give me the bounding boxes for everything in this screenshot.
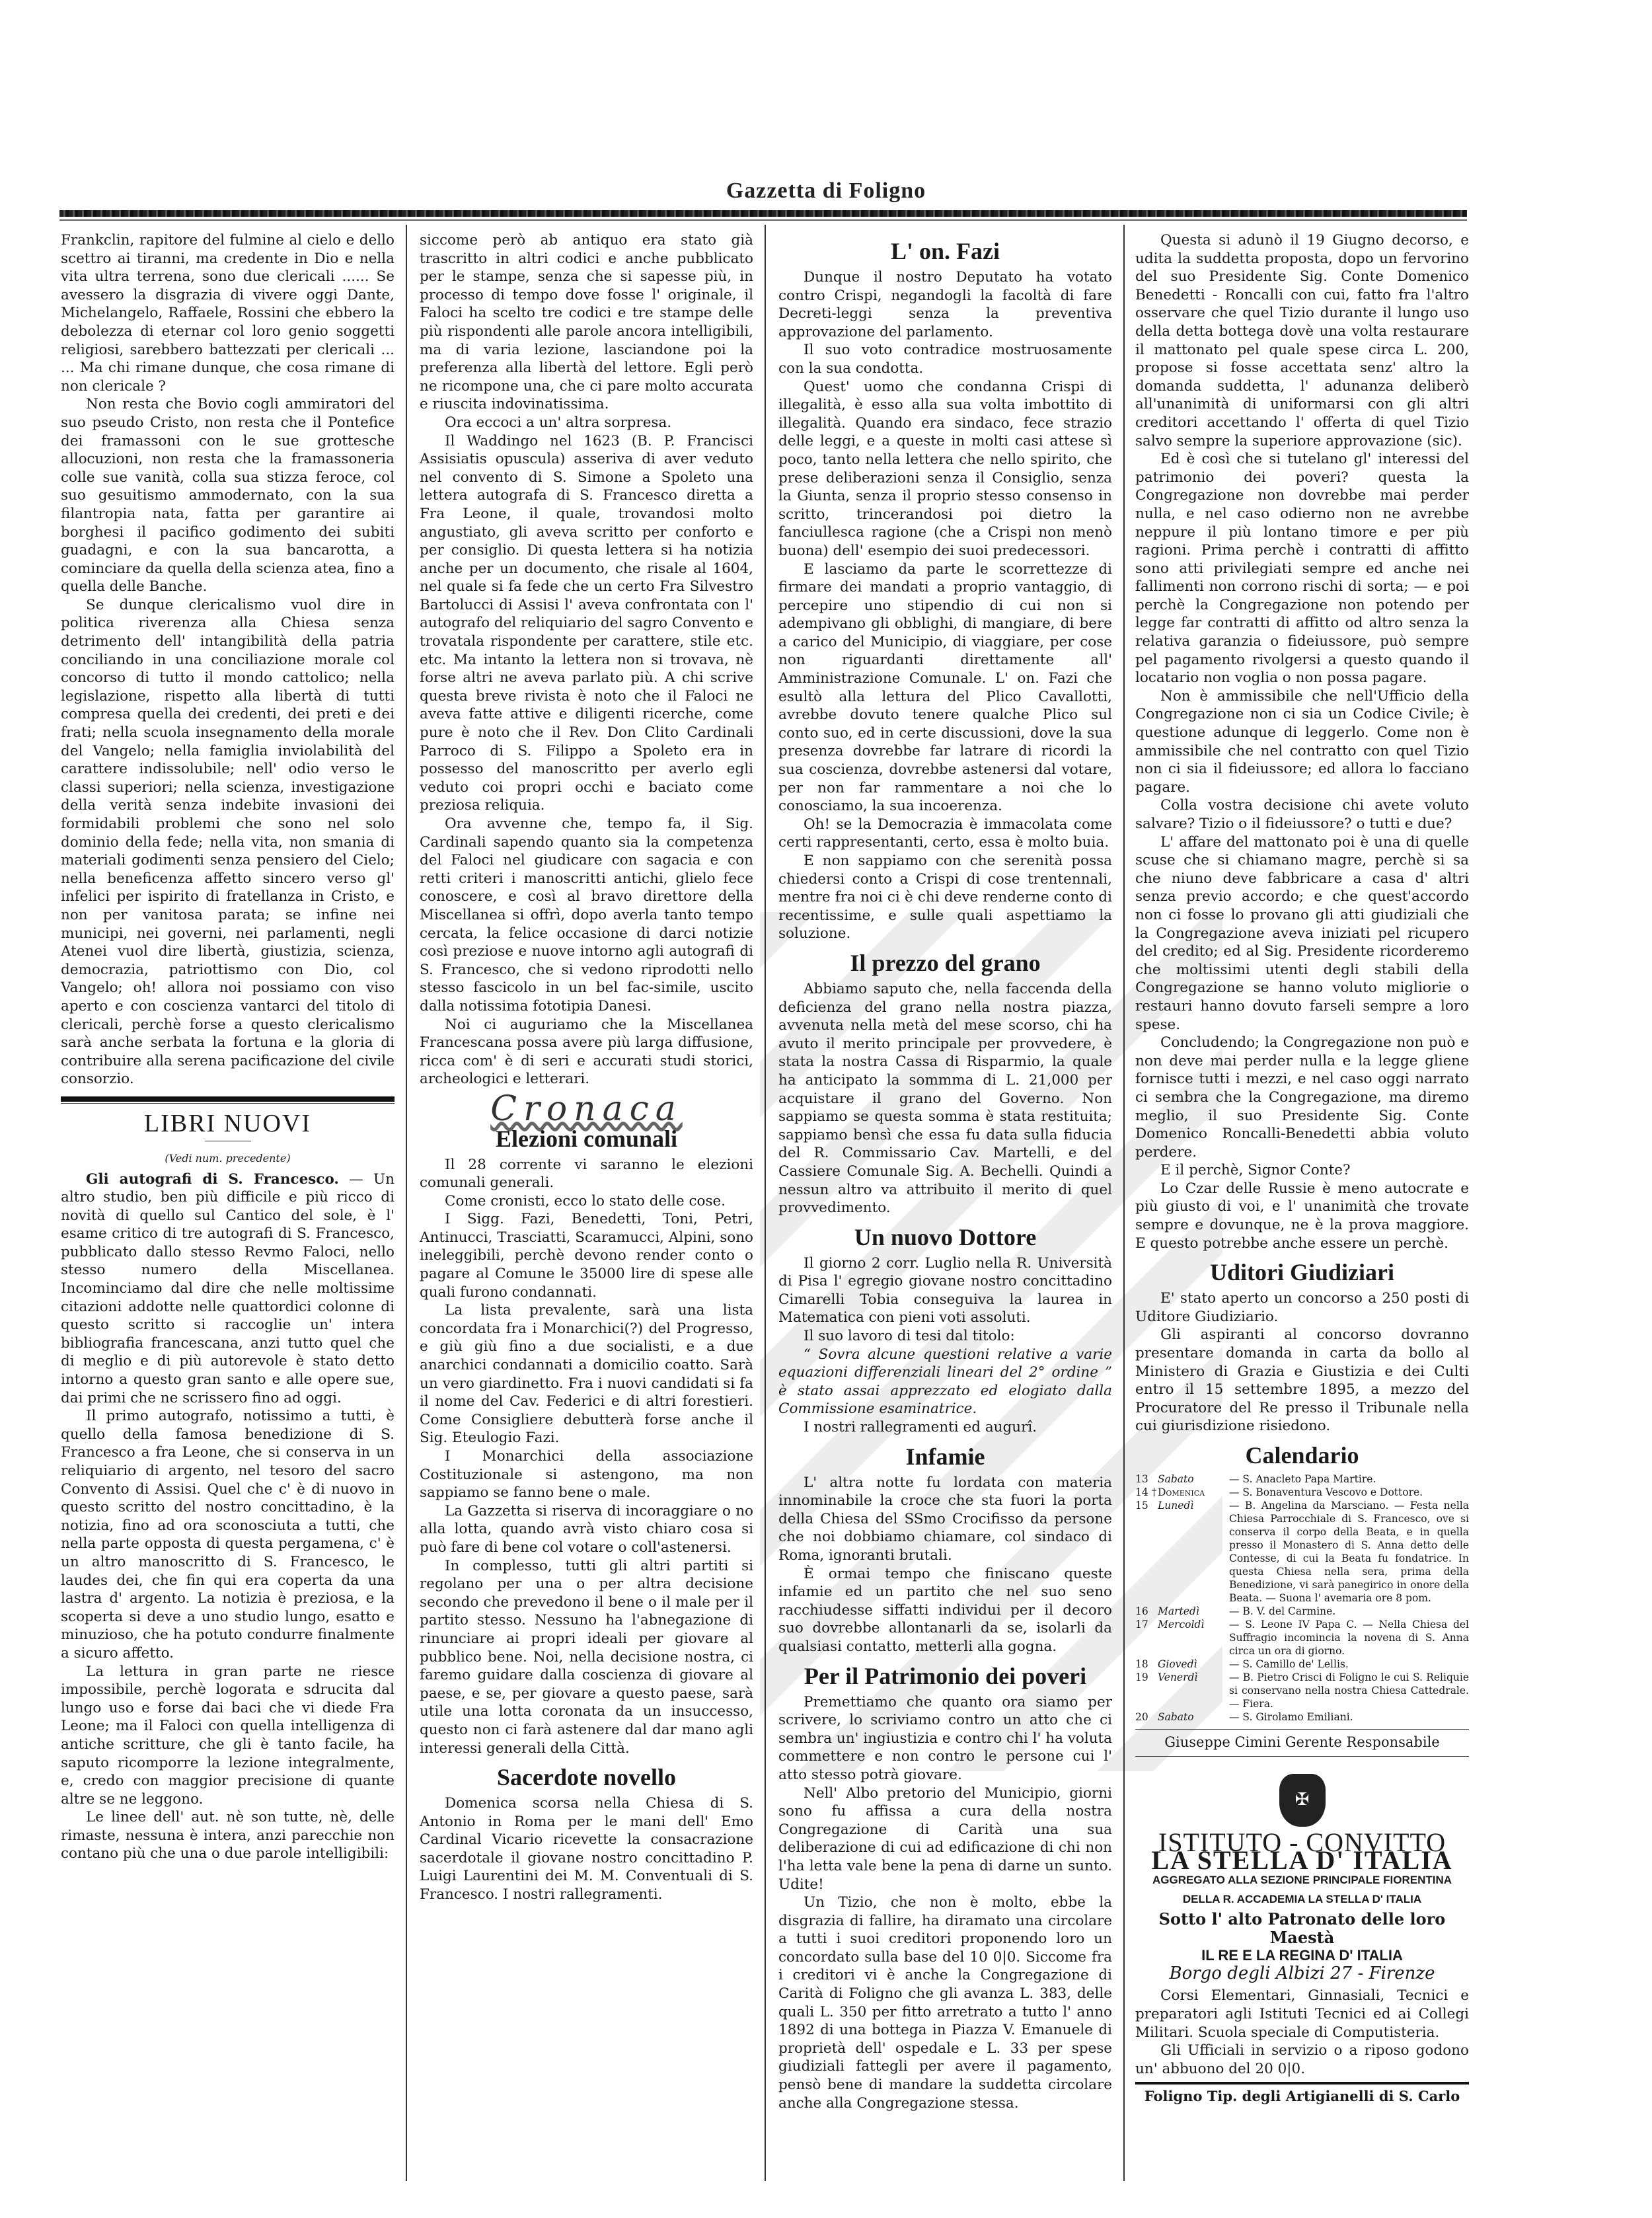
- paragraph: Come cronisti, ecco lo stato delle cose.: [420, 1192, 753, 1211]
- calendar-weekday: Sabato: [1158, 1710, 1229, 1724]
- paragraph: E non sappiamo con che serenità possa ch…: [778, 852, 1112, 943]
- calendar-day: 13: [1135, 1472, 1158, 1486]
- section-heading-sacerdote: Sacerdote novello: [420, 1764, 753, 1790]
- column-divider: [765, 225, 766, 2181]
- paragraph: È ormai tempo che finiscano queste infam…: [778, 1565, 1112, 1656]
- paragraph: Il suo lavoro di tesi dal titolo:: [778, 1327, 1112, 1346]
- advert-patrons: IL RE E LA REGINA D' ITALIA: [1135, 1946, 1469, 1965]
- calendar-day: 18: [1135, 1658, 1158, 1671]
- paragraph: — Un altro studio, ben più difficile e p…: [61, 1171, 394, 1406]
- calendar-weekday: Giovedì: [1158, 1658, 1229, 1671]
- calendar-entry: 14 †Domenica— S. Bonaventura Vescovo e D…: [1135, 1486, 1469, 1499]
- paragraph: siccome però ab antiquo era stato già tr…: [420, 231, 753, 414]
- paragraph: L' altra notte fu lordata con materia in…: [778, 1474, 1112, 1565]
- paragraph: In complesso, tutti gli altri partiti si…: [420, 1557, 753, 1758]
- paragraph: I Sigg. Fazi, Benedetti, Toni, Petri, An…: [420, 1210, 753, 1301]
- column-3: L' on. Fazi Dunque il nostro Deputato ha…: [778, 231, 1112, 2112]
- paragraph: I Monarchici della associazione Costituz…: [420, 1447, 753, 1502]
- calendar-entry: 15Lunedì— B. Angelina da Marsciano. — Fe…: [1135, 1499, 1469, 1605]
- calendar-entry: 13Sabato— S. Anacleto Papa Martire.: [1135, 1472, 1469, 1486]
- paragraph: Le linee dell' aut. nè son tutte, nè, de…: [61, 1808, 394, 1863]
- paragraph: Dunque il nostro Deputato ha votato cont…: [778, 268, 1112, 341]
- paragraph: Se dunque clericalismo vuol dire in poli…: [61, 596, 394, 1089]
- section-heading-calendario: Calendario: [1135, 1442, 1469, 1469]
- calendar-weekday: Domenica: [1158, 1486, 1229, 1499]
- paragraph: Noi ci auguriamo che la Miscellanea Fran…: [420, 1016, 753, 1089]
- paragraph: E il perchè, Signor Conte?: [1135, 1161, 1469, 1180]
- paragraph: Colla vostra decisione chi avete voluto …: [1135, 796, 1469, 833]
- calendar-weekday: Martedì: [1158, 1605, 1229, 1618]
- paragraph: Quest' uomo che condanna Crispi di illeg…: [778, 378, 1112, 560]
- column-4: Questa si adunò il 19 Giugno decorso, e …: [1135, 231, 1469, 2106]
- paragraph: Questa si adunò il 19 Giugno decorso, e …: [1135, 231, 1469, 450]
- section-heading-infamie: Infamie: [778, 1443, 1112, 1470]
- calendar-weekday: Mercoldì: [1158, 1618, 1229, 1658]
- calendar-day: 19: [1135, 1671, 1158, 1710]
- calendar-day: 16: [1135, 1605, 1158, 1618]
- paragraph: Domenica scorsa nella Chiesa di S. Anton…: [420, 1794, 753, 1904]
- printer-imprint: Foligno Tip. degli Artigianelli di S. Ca…: [1135, 2082, 1469, 2106]
- paragraph: Un Tizio, che non è molto, ebbe la disgr…: [778, 1893, 1112, 2112]
- continuation-note: (Vedi num. precedente): [61, 1149, 394, 1168]
- advert-patronage: Sotto l' alto Patronato delle loro Maest…: [1135, 1910, 1469, 1946]
- calendar-text: — S. Bonaventura Vescovo e Dottore.: [1229, 1486, 1469, 1499]
- paragraph: I nostri rallegramenti ed augurî.: [778, 1418, 1112, 1437]
- calendar-day: 15: [1135, 1499, 1158, 1605]
- paragraph: La lista prevalente, sarà una lista conc…: [420, 1301, 753, 1447]
- section-heading-fazi: L' on. Fazi: [778, 238, 1112, 264]
- calendar-text: — S. Anacleto Papa Martire.: [1229, 1472, 1469, 1486]
- calendar-text: — B. Angelina da Marsciano. — Festa nell…: [1229, 1499, 1469, 1605]
- paragraph: Gli aspiranti al concorso dovranno prese…: [1135, 1326, 1469, 1435]
- calendar-text: — B. V. del Carmine.: [1229, 1605, 1469, 1618]
- column-1: Frankclin, rapitore del fulmine al cielo…: [61, 231, 394, 1863]
- paragraph: Concludendo; la Congregazione non può e …: [1135, 1034, 1469, 1161]
- paragraph: E lasciamo da parte le scorrettezze di f…: [778, 560, 1112, 816]
- paragraph: Non è ammissibile che nell'Ufficio della…: [1135, 687, 1469, 797]
- royal-crest-icon: [1279, 1774, 1326, 1827]
- paragraph: Il giorno 2 corr. Luglio nella R. Univer…: [778, 1254, 1112, 1327]
- calendar-text: — S. Girolamo Emiliani.: [1229, 1710, 1469, 1724]
- calendar-entry: 20Sabato— S. Girolamo Emiliani.: [1135, 1710, 1469, 1724]
- paragraph: Ora eccoci a un' altra sorpresa.: [420, 414, 753, 432]
- calendar-list: 13Sabato— S. Anacleto Papa Martire. 14 †…: [1135, 1472, 1469, 1724]
- paragraph: Non resta che Bovio cogli ammiratori del…: [61, 395, 394, 596]
- paragraph: Il 28 corrente vi saranno le elezioni co…: [420, 1156, 753, 1192]
- calendar-entry: 17Mercoldì— S. Leone IV Papa C. — Nella …: [1135, 1618, 1469, 1658]
- column-divider: [406, 225, 407, 2181]
- advert-title-name: LA STELLA D' ITALIA: [1135, 1851, 1469, 1870]
- advert-body: Gli Ufficiali in servizio o a riposo god…: [1135, 2042, 1469, 2078]
- calendar-day: 20: [1135, 1710, 1158, 1724]
- ornament-divider: [205, 1141, 251, 1141]
- paragraph: La Gazzetta si riserva di incoraggiare o…: [420, 1502, 753, 1557]
- paragraph: La lettura in gran parte ne riesce impos…: [61, 1663, 394, 1809]
- cronaca-banner: Cronaca: [420, 1100, 753, 1119]
- paragraph: Abbiamo saputo che, nella faccenda della…: [778, 980, 1112, 1217]
- paragraph: Il suo voto contradice mostruosamente co…: [778, 341, 1112, 377]
- section-heading-elezioni: Elezioni comunali: [420, 1126, 753, 1152]
- calendar-weekday: Venerdì: [1158, 1671, 1229, 1710]
- section-heading-dottore: Un nuovo Dottore: [778, 1224, 1112, 1250]
- calendar-text: — S. Camillo de' Lellis.: [1229, 1658, 1469, 1671]
- section-heading-libri-nuovi: LIBRI NUOVI: [61, 1110, 394, 1137]
- masthead-rule: [59, 210, 1467, 217]
- section-heading-grano: Il prezzo del grano: [778, 950, 1112, 976]
- paragraph: Premettiamo che quanto ora siamo per scr…: [778, 1693, 1112, 1784]
- advert-affiliation-2: DELLA R. ACCADEMIA LA STELLA D' ITALIA: [1135, 1890, 1469, 1909]
- paragraph: Lo Czar delle Russie è meno autocrate e …: [1135, 1180, 1469, 1252]
- paragraph: L' affare del mattonato poi è una di que…: [1135, 833, 1469, 1034]
- masthead-title: Gazzetta di Foligno: [0, 178, 1652, 204]
- calendar-text: — S. Leone IV Papa C. — Nella Chiesa del…: [1229, 1618, 1469, 1658]
- calendar-entry: 19Venerdì— B. Pietro Crisci di Foligno l…: [1135, 1671, 1469, 1710]
- calendar-day: 17: [1135, 1618, 1158, 1658]
- calendar-text: — B. Pietro Crisci di Foligno le cui S. …: [1229, 1671, 1469, 1710]
- calendar-entry: 18Giovedì— S. Camillo de' Lellis.: [1135, 1658, 1469, 1671]
- calendar-day: 14 †: [1135, 1486, 1158, 1499]
- column-divider: [1123, 225, 1125, 2181]
- calendar-entry: 16Martedì— B. V. del Carmine.: [1135, 1605, 1469, 1618]
- paragraph: Nell' Albo pretorio del Municipio, giorn…: [778, 1784, 1112, 1894]
- advert-address: Borgo degli Albizi 27 - Firenze: [1135, 1965, 1469, 1983]
- calendar-weekday: Lunedì: [1158, 1499, 1229, 1605]
- paragraph: Frankclin, rapitore del fulmine al cielo…: [61, 231, 394, 395]
- section-rule-thin: [61, 1103, 394, 1104]
- paragraph: “ Sovra alcune questioni relative a vari…: [778, 1346, 1112, 1418]
- paragraph: Ed è così che si tutelano gl' interessi …: [1135, 450, 1469, 687]
- paragraph: Il primo autografo, notissimo a tutti, è…: [61, 1407, 394, 1662]
- calendar-weekday: Sabato: [1158, 1472, 1229, 1486]
- publisher-responsible: Giuseppe Cimini Gerente Responsabile: [1135, 1729, 1469, 1757]
- section-heading-uditori: Uditori Giudiziari: [1135, 1259, 1469, 1285]
- section-heading-patrimonio: Per il Patrimonio dei poveri: [778, 1663, 1112, 1689]
- paragraph: Oh! se la Democrazia è immacolata come c…: [778, 816, 1112, 852]
- paragraph: Il Waddingo nel 1623 (B. P. Francisci As…: [420, 432, 753, 815]
- advert-body: Corsi Elementari, Ginnasiali, Tecnici e …: [1135, 1987, 1469, 2042]
- article-lead: Gli autografi di S. Francesco.: [86, 1171, 339, 1188]
- column-2: siccome però ab antiquo era stato già tr…: [420, 231, 753, 1904]
- section-rule: [61, 1096, 394, 1102]
- advert-affiliation: AGGREGATO ALLA SEZIONE PRINCIPALE FIOREN…: [1135, 1871, 1469, 1890]
- paragraph: E' stato aperto un concorso a 250 posti …: [1135, 1289, 1469, 1326]
- paragraph: Ora avvenne che, tempo fa, il Sig. Cardi…: [420, 815, 753, 1016]
- masthead-rule-thin: [59, 219, 1467, 221]
